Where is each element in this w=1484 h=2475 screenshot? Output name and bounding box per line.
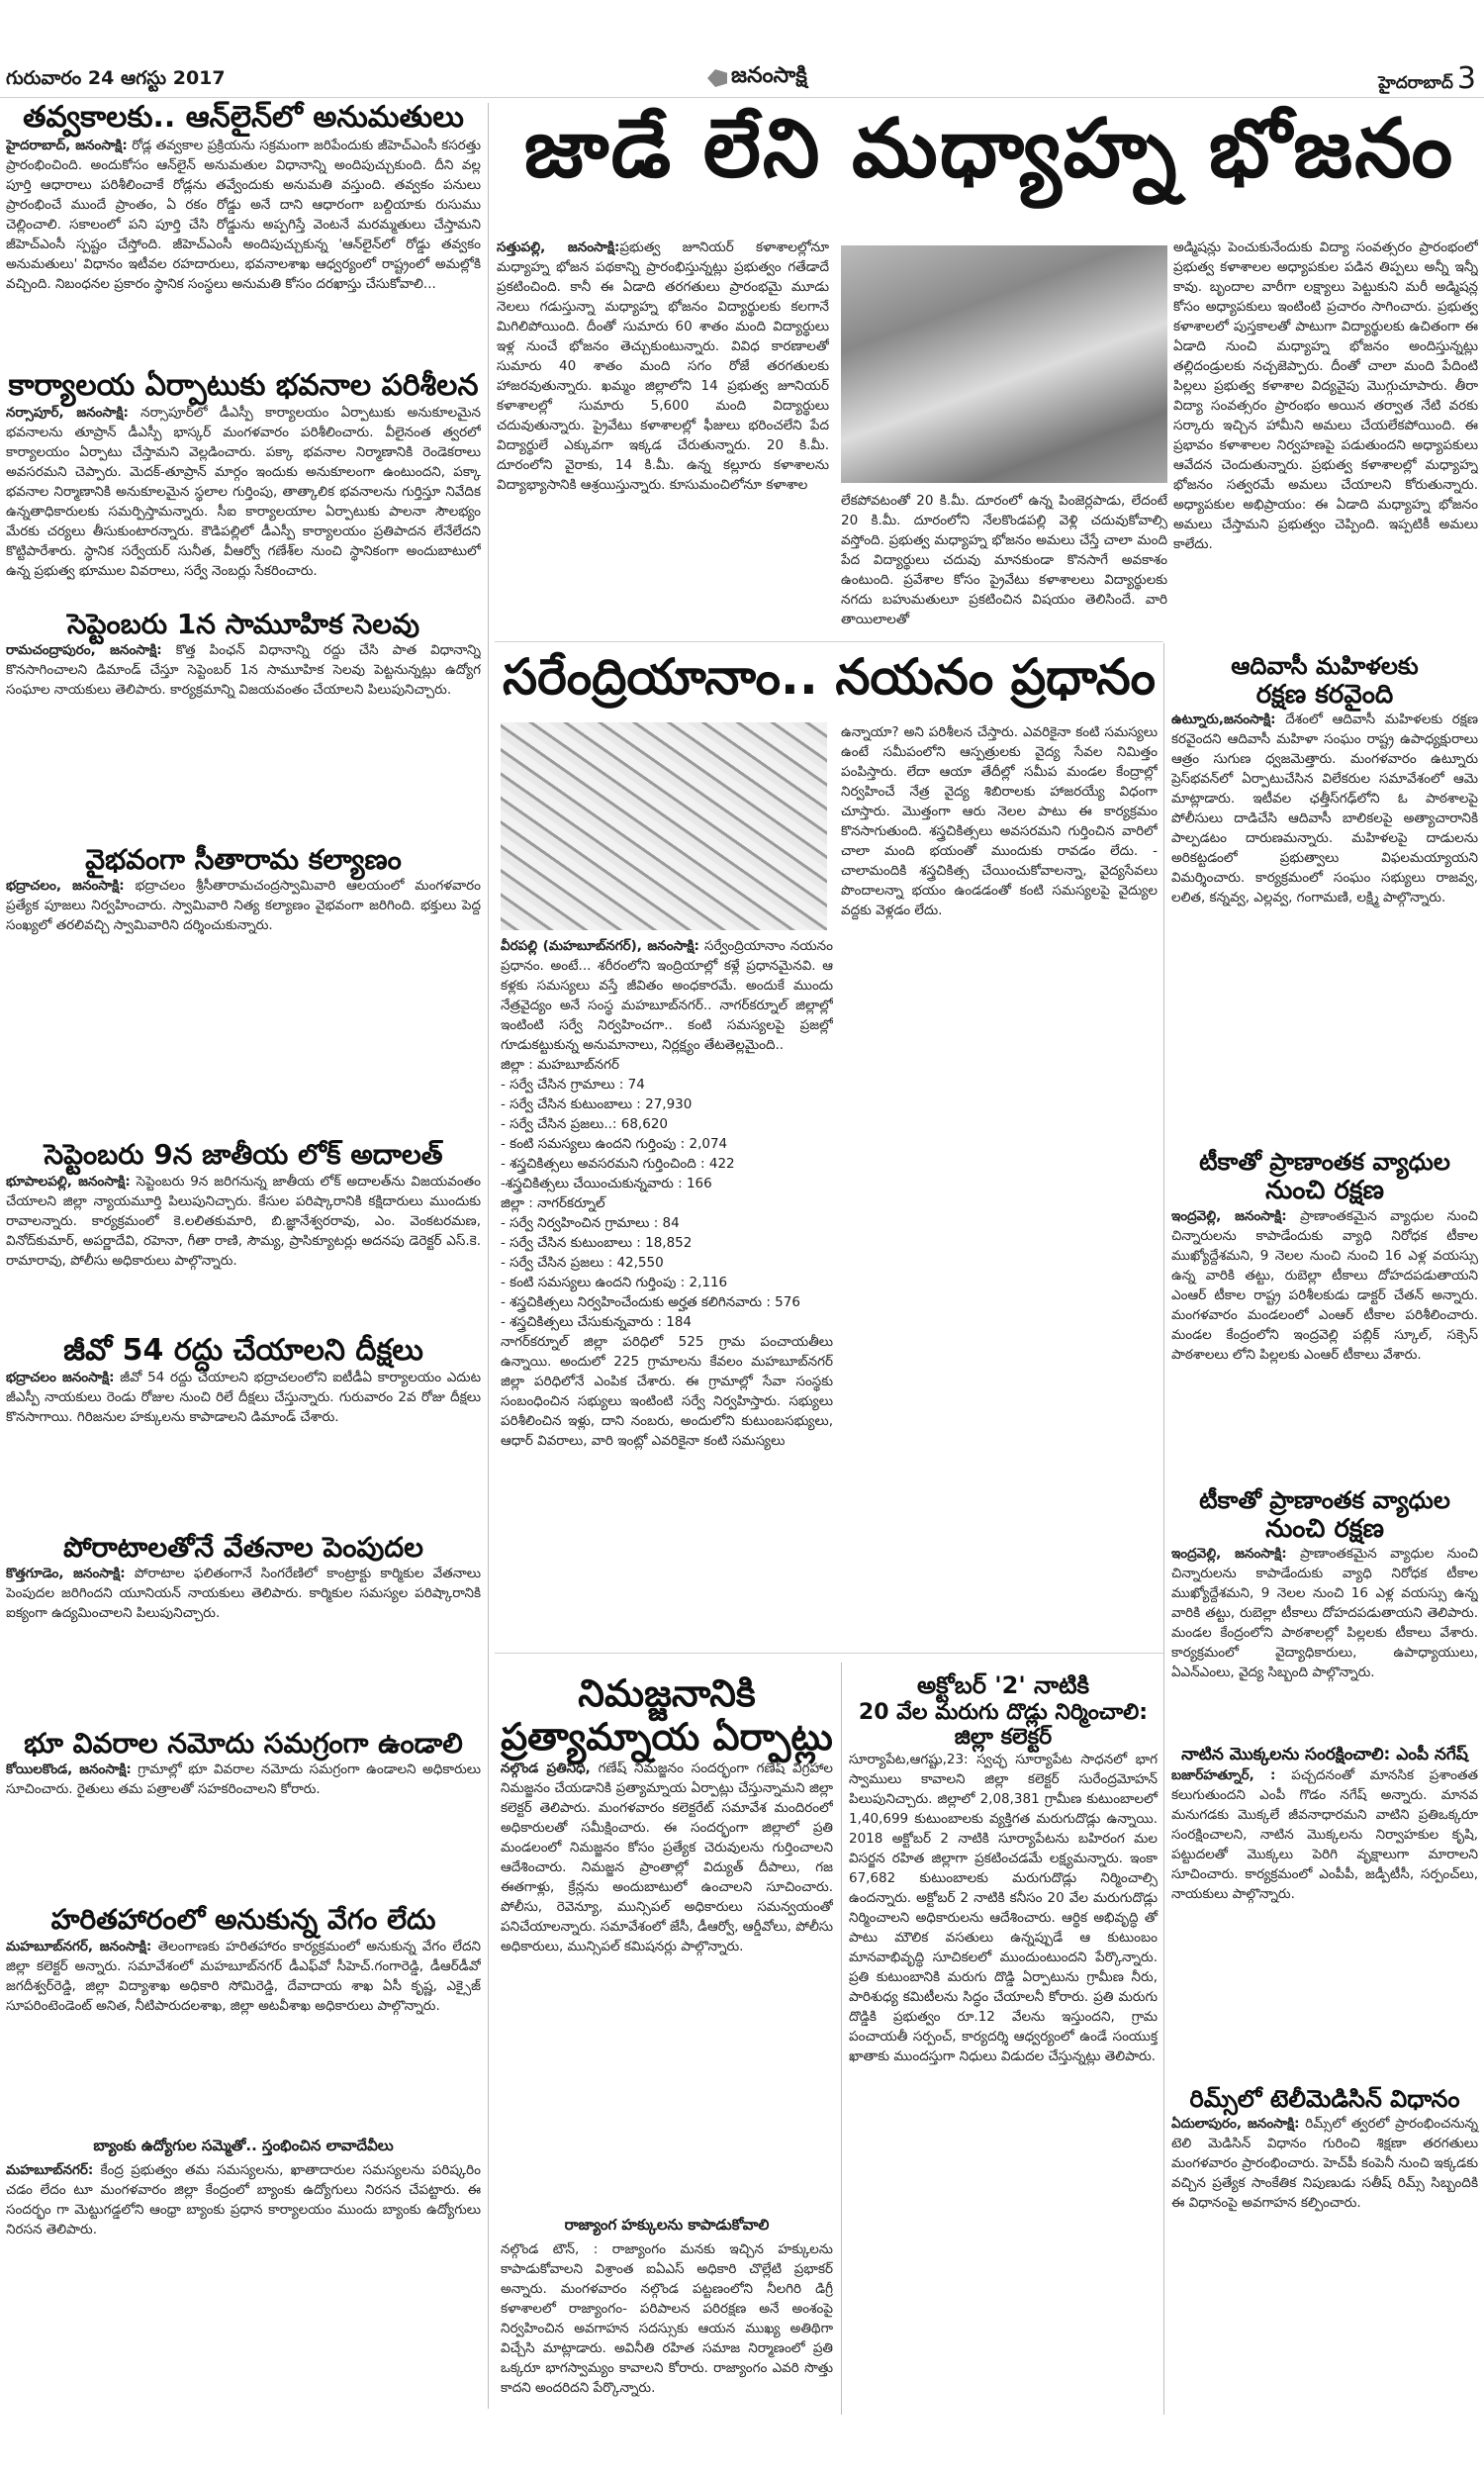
dateline: రామచంద్రాపురం, జనంసాక్షి: xyxy=(6,642,162,658)
headline-line1: ఆదివాసీ మహిళలకు xyxy=(1171,653,1478,681)
story-telemedicine: రిమ్స్‌లో టెలీమెడిసిన్ విధానం ఏదులాపురం,… xyxy=(1171,2086,1478,2213)
headline: భూ వివరాల నమోదు సమగ్రంగా ఉండాలి xyxy=(6,1728,481,1760)
district-name: జిల్లా : మహబూబ్‌నగర్ xyxy=(501,1055,833,1075)
dateline: ఇంద్రవెల్లి, జనంసాక్షి: xyxy=(1171,1208,1287,1224)
stat-row: - సర్వే నిర్వహించిన గ్రామాలు : 84 xyxy=(501,1213,833,1233)
article-body: ప్రాణాంతకమైన వ్యాధుల నుంచి చిన్నారులను క… xyxy=(1171,1208,1478,1363)
brief-bank-strike: బ్యాంకు ఉద్యోగుల సమ్మెతో.. స్తంభించిన లా… xyxy=(6,2137,481,2239)
dateline: ఏదులాపురం, జనంసాక్షి: xyxy=(1171,2116,1300,2132)
dateline: నర్సాపూర్, జనంసాక్షి: xyxy=(6,405,129,421)
article-body: స్వచ్ఛ సూర్యాపేట సాధనలో భాగ స్వాములు కావ… xyxy=(849,1752,1158,2064)
article-body: అడ్మిషన్లు పెంచుకునేందుకు విద్యా సంవత్సర… xyxy=(1173,238,1478,554)
district-name: జిల్లా : నాగర్‌కర్నూల్ xyxy=(501,1193,833,1213)
dateline: మహబూబ్‌నగర్, జనంసాక్షి: xyxy=(6,1939,151,1954)
lead-story: జాడే లేని మధ్యాహ్న భోజనం xyxy=(495,103,1484,196)
headline-line1: టీకాతో ప్రాణాంతక వ్యాధుల xyxy=(1171,1487,1478,1515)
stat-row: - శస్త్రచికిత్సలు నిర్వహించేందుకు అర్హత … xyxy=(501,1292,833,1312)
headline: రిమ్స్‌లో టెలీమెడిసిన్ విధానం xyxy=(1171,2086,1478,2114)
stat-row: - సర్వే చేసిన కుటుంబాలు : 27,930 xyxy=(501,1095,833,1114)
masthead: గురువారం 24 ఆగస్టు 2017 జనంసాక్షి హైదరాబ… xyxy=(0,59,1484,98)
students-photo xyxy=(841,245,1167,483)
headline-line2: 20 వేల మరుగు దొడ్లు నిర్మించాలి: జిల్లా … xyxy=(849,1700,1158,1751)
headline: వైభవంగా సీతారామ కల్యాణం xyxy=(6,844,481,876)
article-body: రాజ్యాంగం మనకు ఇచ్చిన హక్కులను కాపాడుకోవ… xyxy=(501,2241,833,2396)
dateline: ఇంద్రవెల్లి, జనంసాక్షి: xyxy=(1171,1546,1287,1562)
article-intro: సర్వేంద్రియానాం నయనం ప్రధానం. అంటే... శర… xyxy=(501,938,833,1053)
district-stats-2: జిల్లా : నాగర్‌కర్నూల్ - సర్వే నిర్వహించ… xyxy=(501,1193,833,1332)
district-stats-1: జిల్లా : మహబూబ్‌నగర్ - సర్వే చేసిన గ్రామ… xyxy=(501,1055,833,1193)
dateline: మహబూబ్‌నగర్: xyxy=(6,2162,93,2178)
headline: పోరాటాలతోనే వేతనాల పెంపుదల xyxy=(6,1532,481,1564)
stat-row: - కంటి సమస్యలు ఉందని గుర్తింపు : 2,116 xyxy=(501,1273,833,1292)
article-body: రోడ్ల తవ్వకాల ప్రక్రియను సక్రమంగా జరిపేం… xyxy=(6,138,481,292)
headline: హరితహారంలో అనుకున్న వేగం లేదు xyxy=(6,1904,481,1936)
article-body: నర్సాపూర్‌లో డీఎస్పీ కార్యాలయం ఏర్పాటుకు… xyxy=(6,405,481,579)
stat-row: - సర్వే చేసిన గ్రామాలు : 74 xyxy=(501,1075,833,1095)
city-name: హైదరాబాద్ xyxy=(1378,73,1453,93)
headline-line2: నుంచి రక్షణ xyxy=(1171,1515,1478,1545)
column-divider xyxy=(841,1663,842,2415)
headline: సెప్టెంబరు 1న సామూహిక సెలవు xyxy=(6,609,481,640)
headline-line2: నుంచి రక్షణ xyxy=(1171,1177,1478,1206)
headline-line2: ప్రత్యామ్నాయ ఏర్పాట్లు xyxy=(501,1716,833,1760)
dateline: బజార్‌హత్నూర్, : xyxy=(1171,1767,1275,1783)
dateline: ఉట్నూరు,జనంసాక్షి: xyxy=(1171,712,1276,727)
headline: జీవో 54 రద్దు చేయాలని దీక్షలు xyxy=(6,1334,481,1369)
article-body: ప్రాణాంతకమైన వ్యాధుల నుంచి చిన్నారులను క… xyxy=(1171,1546,1478,1680)
story-lok-adalat: సెప్టెంబరు 9న జాతీయ లోక్ అదాలత్ భూపాలపల్… xyxy=(6,1139,481,1329)
section-divider xyxy=(495,1653,1163,1654)
column-divider xyxy=(1163,643,1164,2415)
dateline: భద్రాచలం, జనంసాక్షి: xyxy=(6,878,125,894)
story-office-buildings: కార్యాలయ ఏర్పాటుకు భవనాల పరిశీలన నర్సాపూ… xyxy=(6,369,481,604)
brief-headline: బ్యాంకు ఉద్యోగుల సమ్మెతో.. స్తంభించిన లా… xyxy=(6,2137,481,2158)
stat-row: - సర్వే చేసిన ప్రజలు : 42,550 xyxy=(501,1253,833,1273)
brief-headline: రాజ్యాంగ హక్కులను కాపాడుకోవాలి xyxy=(501,2216,833,2237)
dateline: భద్రాచలం జనంసాక్షి: xyxy=(6,1370,115,1385)
story-vaccination-1: టీకాతో ప్రాణాంతక వ్యాధుల నుంచి రక్షణ ఇంద… xyxy=(1171,1149,1478,1482)
dateline: నల్గొండ టౌన్, : xyxy=(501,2241,598,2257)
article-body: ప్రభుత్వ జూనియర్ కళాశాలల్లోనూ మధ్యాహ్న భ… xyxy=(497,239,829,493)
logo-text: జనంసాక్షి xyxy=(731,63,807,93)
dateline: భూపాలపల్లి, జనంసాక్షి: xyxy=(6,1174,131,1190)
eye-care-story: సరేంద్రియానాం.. నయనం ప్రధానం xyxy=(495,649,1163,707)
logo-leaf-icon xyxy=(707,69,727,87)
headline-line1: నిమజ్జనానికి xyxy=(501,1672,833,1716)
headline-line1: టీకాతో ప్రాణాంతక వ్యాధుల xyxy=(1171,1149,1478,1177)
headline: కార్యాలయ ఏర్పాటుకు భవనాల పరిశీలన xyxy=(6,369,481,404)
story-online-permissions: తవ్వకాలకు.. ఆన్‌లైన్‌లో అనుమతులు హైదరాబా… xyxy=(6,101,481,361)
stat-row: - శస్త్రచికిత్సలు అవసరమని గుర్తించింది :… xyxy=(501,1154,833,1174)
stat-row: - సర్వే చేసిన కుటుంబాలు : 18,852 xyxy=(501,1233,833,1253)
dateline: వీరపల్లి (మహబూబ్‌నగర్), జనంసాక్షి: xyxy=(501,938,699,954)
headline-line2: రక్షణ కరవైంది xyxy=(1171,681,1478,711)
section-divider xyxy=(495,641,1163,642)
stat-row: - శస్త్రచికిత్సలు చేసుకున్నవారు : 184 xyxy=(501,1312,833,1332)
issue-date: గురువారం 24 ఆగస్టు 2017 xyxy=(6,67,226,94)
immersion-story: నిమజ్జనానికి ప్రత్యామ్నాయ ఏర్పాట్లు నల్గ… xyxy=(501,1672,833,2398)
headline: సరేంద్రియానాం.. నయనం ప్రధానం xyxy=(495,649,1163,707)
story-vaccination-2: టీకాతో ప్రాణాంతక వ్యాధుల నుంచి రక్షణ ఇంద… xyxy=(1171,1487,1478,1742)
left-column: తవ్వకాలకు.. ఆన్‌లైన్‌లో అనుమతులు హైదరాబా… xyxy=(6,101,481,2239)
dateline: నల్గొండ ప్రతినిధి, xyxy=(501,1761,591,1776)
dateline: కోయిలకొండ, జనంసాక్షి: xyxy=(6,1761,132,1777)
lead-headline: జాడే లేని మధ్యాహ్న భోజనం xyxy=(495,103,1484,196)
eye-patient-photo xyxy=(501,722,827,930)
article-body: లేకపోవటంతో 20 కి.మీ. దూరంలో ఉన్న పింజెర్… xyxy=(841,491,1167,629)
newspaper-logo: జనంసాక్షి xyxy=(707,63,807,93)
right-column: ఆదివాసీ మహిళలకు రక్షణ కరవైంది ఉట్నూరు,జన… xyxy=(1171,653,1478,2213)
toilet-story: అక్టోబర్ '2' నాటికి 20 వేల మరుగు దొడ్లు … xyxy=(849,1672,1158,2066)
article-body: నాగర్‌కర్నూల్ జిల్లా పరిధిలో 525 గ్రామ ప… xyxy=(501,1332,833,1451)
headline: సెప్టెంబరు 9న జాతీయ లోక్ అదాలత్ xyxy=(6,1139,481,1171)
story-go54-protest: జీవో 54 రద్దు చేయాలని దీక్షలు భద్రాచలం జ… xyxy=(6,1334,481,1527)
story-sitarama-kalyanam: వైభవంగా సీతారామ కల్యాణం భద్రాచలం, జనంసాక… xyxy=(6,844,481,1133)
page-number: 3 xyxy=(1457,61,1476,96)
headline-line1: అక్టోబర్ '2' నాటికి xyxy=(849,1672,1158,1700)
column-divider xyxy=(488,103,489,2409)
story-mass-leave: సెప్టెంబరు 1న సామూహిక సెలవు రామచంద్రాపుర… xyxy=(6,609,481,838)
article-body: గణేష్ నిమజ్జనం సందర్భంగా గణేష్ విగ్రహాల … xyxy=(501,1761,833,1954)
article-body: పచ్చదనంతో మానసిక ప్రశాంతత కలుగుతుందని ఎం… xyxy=(1171,1767,1478,1902)
stat-row: - కంటి సమస్యలు ఉందని గుర్తింపు : 2,074 xyxy=(501,1134,833,1154)
story-land-records: భూ వివరాల నమోదు సమగ్రంగా ఉండాలి కోయిలకొం… xyxy=(6,1728,481,1898)
story-wage-hike: పోరాటాలతోనే వేతనాల పెంపుదల కొత్తగూడెం, జ… xyxy=(6,1532,481,1722)
story-harithaharam: హరితహారంలో అనుకున్న వేగం లేదు మహబూబ్‌నగర… xyxy=(6,1904,481,2134)
dateline: కొత్తగూడెం, జనంసాక్షి: xyxy=(6,1566,126,1581)
stat-row: -శస్త్రచికిత్సలు చేయించుకున్నవారు : 166 xyxy=(501,1174,833,1193)
dateline: సూర్యాపేట,ఆగష్టు,23: xyxy=(849,1752,969,1767)
story-adivasi-women: ఆదివాసీ మహిళలకు రక్షణ కరవైంది ఉట్నూరు,జన… xyxy=(1171,653,1478,1145)
edition-city: హైదరాబాద్3 xyxy=(1378,61,1476,97)
stat-row: - సర్వే చేసిన ప్రజలు..: 68,620 xyxy=(501,1114,833,1134)
headline: తవ్వకాలకు.. ఆన్‌లైన్‌లో అనుమతులు xyxy=(6,101,481,136)
story-sapling-protection: నాటిన మొక్కలను సంరక్షించాలి: ఎంపీ నగేష్ … xyxy=(1171,1746,1478,2082)
article-body: ఉన్నాయా? అని పరిశీలన చేస్తారు. ఎవరికైనా … xyxy=(841,722,1158,920)
dateline: సత్తుపల్లి, జనంసాక్షి: xyxy=(497,239,619,255)
article-body: దేశంలో ఆదివాసీ మహిళలకు రక్షణ కరవైందని ఆద… xyxy=(1171,712,1478,905)
dateline: హైదరాబాద్, జనంసాక్షి: xyxy=(6,138,128,153)
headline: నాటిన మొక్కలను సంరక్షించాలి: ఎంపీ నగేష్ xyxy=(1171,1746,1478,1765)
